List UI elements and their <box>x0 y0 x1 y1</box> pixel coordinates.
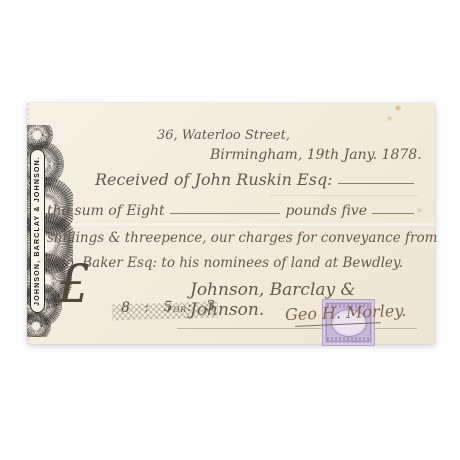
firm-name-ribbon-label: JOHNSON, BARCLAY & JOHNSON. <box>34 156 41 306</box>
ink-rule <box>372 213 414 214</box>
printed-rule <box>177 328 417 329</box>
address-line: 36, Waterloo Street, <box>157 128 290 143</box>
received-line: Received of John Ruskin Esq: <box>95 170 333 189</box>
sum-line-mid: pounds five <box>285 203 367 219</box>
received-line-row: Received of John Ruskin Esq: <box>95 170 419 189</box>
charges-line: shillings & threepence, our charges for … <box>47 230 437 246</box>
amount-value: 8 : 5 : 3 <box>121 298 220 316</box>
date-line: Birmingham, 19th Jany. 1878. <box>210 147 422 163</box>
photo-background: JOHNSON, BARCLAY & JOHNSON. 36, Waterloo… <box>0 0 460 460</box>
receipt-paper: JOHNSON, BARCLAY & JOHNSON. 36, Waterloo… <box>27 103 435 344</box>
sum-line-start: the sum of Eight <box>47 203 165 219</box>
parties-line: Geo. Baker Esq: to his nominees of land … <box>47 255 403 271</box>
ink-rule <box>170 213 281 214</box>
firm-name-ribbon: JOHNSON, BARCLAY & JOHNSON. <box>30 149 45 313</box>
sum-line-row: the sum of Eight pounds five <box>47 203 419 219</box>
ink-rule <box>338 183 414 184</box>
receipt-content: 36, Waterloo Street, Birmingham, 19th Ja… <box>27 103 435 344</box>
printed-rule <box>270 195 418 196</box>
pound-symbol: £ <box>57 259 90 311</box>
signer-signature: Geo H. Morley. <box>285 301 407 324</box>
